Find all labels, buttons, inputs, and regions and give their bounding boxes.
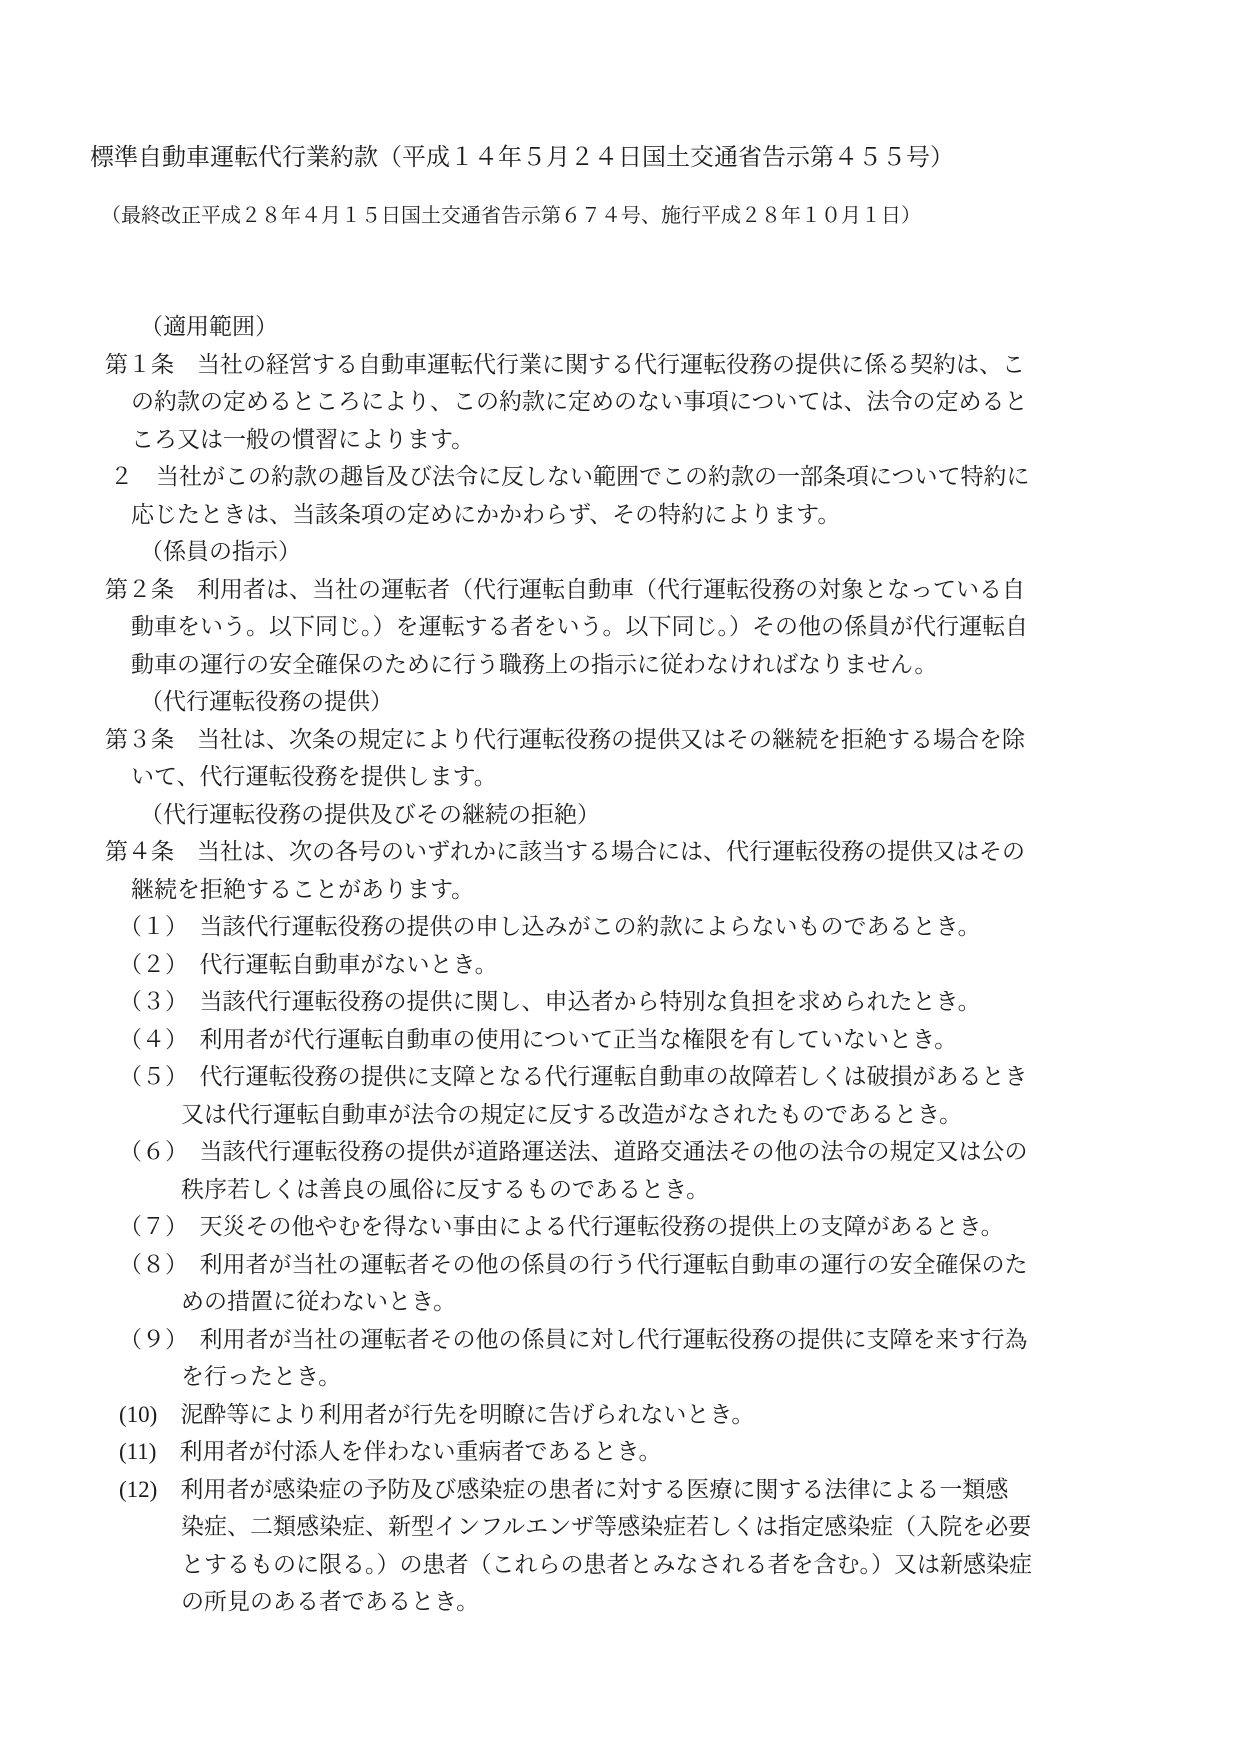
text-line: の所見のある者であるとき。	[0, 1583, 1241, 1621]
text-line: （２） 代行運転自動車がないとき。	[0, 946, 1241, 984]
text-line: （係員の指示）	[0, 533, 1241, 571]
text-line: 第２条 利用者は、当社の運転者（代行運転自動車（代行運転役務の対象となっている自	[0, 571, 1241, 609]
text-line: 応じたときは、当該条項の定めにかかわらず、その特約によります。	[0, 496, 1241, 534]
text-line: （４） 利用者が代行運転自動車の使用について正当な権限を有していないとき。	[0, 1021, 1241, 1059]
text-line: いて、代行運転役務を提供します。	[0, 758, 1241, 796]
text-line: （３） 当該代行運転役務の提供に関し、申込者から特別な負担を求められたとき。	[0, 983, 1241, 1021]
document-page: 標準自動車運転代行業約款（平成１４年５月２４日国土交通省告示第４５５号） （最終…	[0, 0, 1241, 1754]
text-line: めの措置に従わないとき。	[0, 1283, 1241, 1321]
text-line: 第３条 当社は、次条の規定により代行運転役務の提供又はその継続を拒絶する場合を除	[0, 721, 1241, 759]
text-line: 動車をいう。以下同じ。）を運転する者をいう。以下同じ。）その他の係員が代行運転自	[0, 608, 1241, 646]
text-line: (10) 泥酔等により利用者が行先を明瞭に告げられないとき。	[0, 1396, 1241, 1434]
text-line: （５） 代行運転役務の提供に支障となる代行運転自動車の故障若しくは破損があるとき	[0, 1058, 1241, 1096]
text-line: (11) 利用者が付添人を伴わない重病者であるとき。	[0, 1433, 1241, 1471]
text-line: 秩序若しくは善良の風俗に反するものであるとき。	[0, 1171, 1241, 1209]
text-line: ２ 当社がこの約款の趣旨及び法令に反しない範囲でこの約款の一部条項について特約に	[0, 458, 1241, 496]
text-line: の約款の定めるところにより、この約款に定めのない事項については、法令の定めると	[0, 383, 1241, 421]
text-line: （代行運転役務の提供及びその継続の拒絶）	[0, 796, 1241, 834]
text-line: を行ったとき。	[0, 1358, 1241, 1396]
text-line: （９） 利用者が当社の運転者その他の係員に対し代行運転役務の提供に支障を来す行為	[0, 1321, 1241, 1359]
text-line: とするものに限る。）の患者（これらの患者とみなされる者を含む。）又は新感染症	[0, 1546, 1241, 1584]
text-line: 又は代行運転自動車が法令の規定に反する改造がなされたものであるとき。	[0, 1096, 1241, 1134]
text-line: （代行運転役務の提供）	[0, 683, 1241, 721]
text-line: 動車の運行の安全確保のために行う職務上の指示に従わなければなりません。	[0, 646, 1241, 684]
text-line: 第１条 当社の経営する自動車運転代行業に関する代行運転役務の提供に係る契約は、こ	[0, 346, 1241, 384]
text-line: （８） 利用者が当社の運転者その他の係員の行う代行運転自動車の運行の安全確保のた	[0, 1246, 1241, 1284]
text-line: 第４条 当社は、次の各号のいずれかに該当する場合には、代行運転役務の提供又はその	[0, 833, 1241, 871]
document-body: （適用範囲）第１条 当社の経営する自動車運転代行業に関する代行運転役務の提供に係…	[0, 308, 1241, 1621]
document-title: 標準自動車運転代行業約款（平成１４年５月２４日国土交通省告示第４５５号）	[90, 142, 1201, 174]
revision-note: （最終改正平成２８年４月１５日国土交通省告示第６７４号、施行平成２８年１０月１日…	[101, 202, 1201, 230]
text-line: （適用範囲）	[0, 308, 1241, 346]
text-line: 継続を拒絶することがあります。	[0, 871, 1241, 909]
text-line: （７） 天災その他やむを得ない事由による代行運転役務の提供上の支障があるとき。	[0, 1208, 1241, 1246]
text-line: (12) 利用者が感染症の予防及び感染症の患者に対する医療に関する法律による一類…	[0, 1471, 1241, 1509]
text-line: （１） 当該代行運転役務の提供の申し込みがこの約款によらないものであるとき。	[0, 908, 1241, 946]
text-line: （６） 当該代行運転役務の提供が道路運送法、道路交通法その他の法令の規定又は公の	[0, 1133, 1241, 1171]
text-line: 染症、二類感染症、新型インフルエンザ等感染症若しくは指定感染症（入院を必要	[0, 1508, 1241, 1546]
text-line: ころ又は一般の慣習によります。	[0, 421, 1241, 459]
